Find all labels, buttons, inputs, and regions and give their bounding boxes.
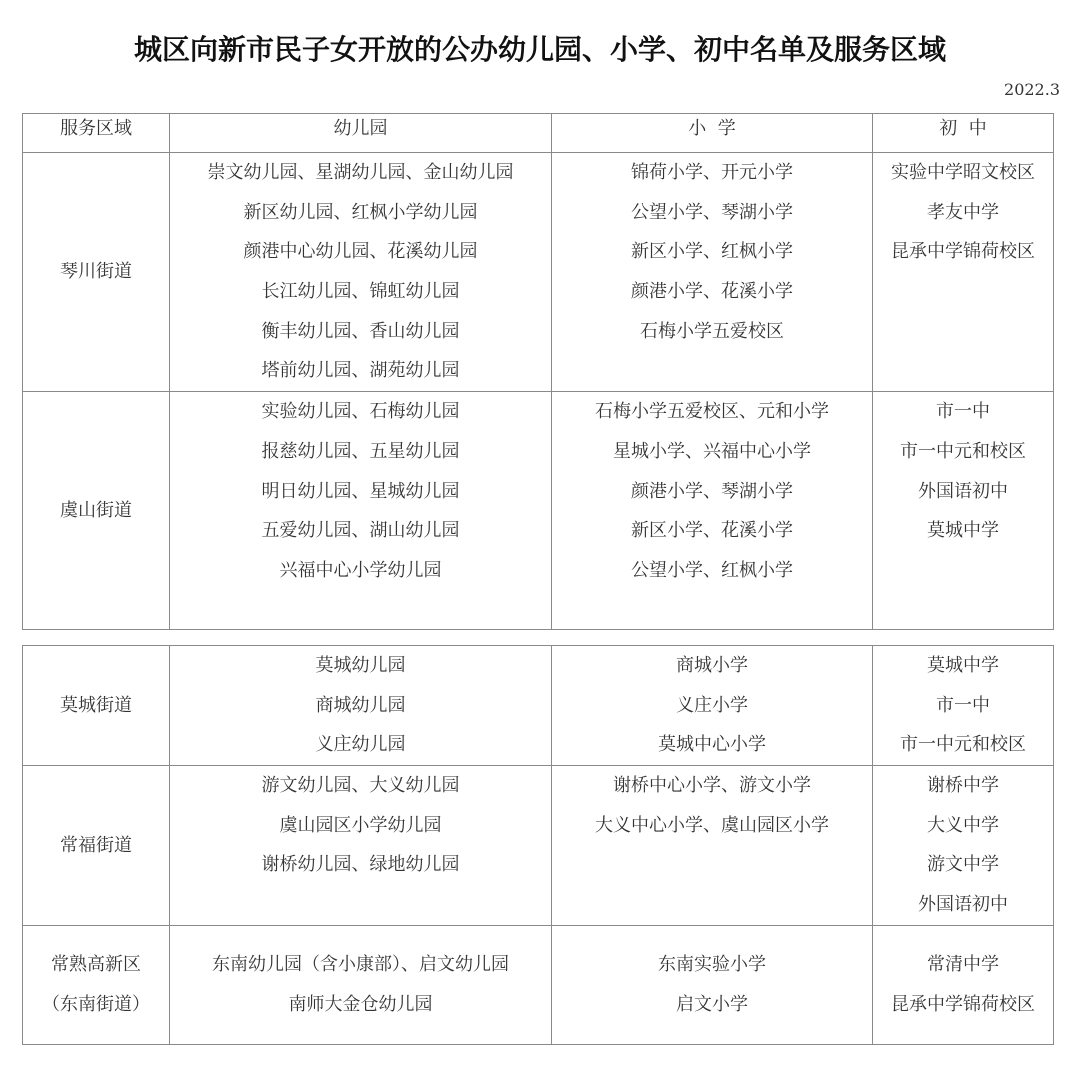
- school-name: 兴福中心小学幼儿园: [170, 551, 551, 591]
- school-name: 大义中心小学、虞山园区小学: [552, 806, 872, 846]
- service-area-cell: 虞山街道: [23, 392, 170, 630]
- region-name: 常熟高新区: [23, 945, 169, 985]
- region-name: 虞山街道: [23, 491, 169, 531]
- school-name: 实验中学昭文校区: [873, 153, 1053, 193]
- school-name: 颜港中心幼儿园、花溪幼儿园: [170, 232, 551, 272]
- school-name: 商城幼儿园: [170, 686, 551, 726]
- primary-school-cell: 商城小学义庄小学莫城中心小学: [552, 646, 873, 766]
- region-name: 常福街道: [23, 826, 169, 866]
- junior-high-cell: 谢桥中学大义中学游文中学外国语初中: [873, 766, 1054, 926]
- header-service-area: 服务区域: [23, 114, 170, 153]
- table-header-row: 服务区域 幼儿园 小 学 初 中: [23, 114, 1054, 153]
- header-kindergarten: 幼儿园: [170, 114, 552, 153]
- school-name: 塔前幼儿园、湖苑幼儿园: [170, 351, 551, 391]
- school-name: 莫城中学: [873, 646, 1053, 686]
- school-name: 启文小学: [552, 985, 872, 1025]
- school-name: 东南实验小学: [552, 945, 872, 985]
- kindergarten-cell: 实验幼儿园、石梅幼儿园报慈幼儿园、五星幼儿园明日幼儿园、星城幼儿园五爱幼儿园、湖…: [170, 392, 552, 630]
- junior-high-cell: 莫城中学市一中市一中元和校区: [873, 646, 1054, 766]
- school-name: 新区小学、红枫小学: [552, 232, 872, 272]
- school-name: 锦荷小学、开元小学: [552, 153, 872, 193]
- table-row: 常福街道游文幼儿园、大义幼儿园虞山园区小学幼儿园谢桥幼儿园、绿地幼儿园谢桥中心小…: [23, 766, 1054, 926]
- header-junior: 初 中: [873, 114, 1054, 153]
- school-name: 外国语初中: [873, 472, 1053, 512]
- school-name: 义庄小学: [552, 686, 872, 726]
- primary-school-cell: 石梅小学五爱校区、元和小学星城小学、兴福中心小学颜港小学、琴湖小学新区小学、花溪…: [552, 392, 873, 630]
- school-name: 市一中元和校区: [873, 725, 1053, 765]
- service-area-cell: 琴川街道: [23, 153, 170, 392]
- school-name: 公望小学、琴湖小学: [552, 193, 872, 233]
- school-name: 颜港小学、琴湖小学: [552, 472, 872, 512]
- table-row: 虞山街道实验幼儿园、石梅幼儿园报慈幼儿园、五星幼儿园明日幼儿园、星城幼儿园五爱幼…: [23, 392, 1054, 630]
- school-name: 衡丰幼儿园、香山幼儿园: [170, 312, 551, 352]
- table-row: 常熟高新区（东南街道）东南幼儿园（含小康部）、启文幼儿园南师大金仓幼儿园东南实验…: [23, 925, 1054, 1044]
- school-name: 市一中元和校区: [873, 432, 1053, 472]
- school-name: 颜港小学、花溪小学: [552, 272, 872, 312]
- school-name: 义庄幼儿园: [170, 725, 551, 765]
- table-row: 莫城街道莫城幼儿园商城幼儿园义庄幼儿园商城小学义庄小学莫城中心小学莫城中学市一中…: [23, 646, 1054, 766]
- school-name: 谢桥中学: [873, 766, 1053, 806]
- school-name: 南师大金仓幼儿园: [170, 985, 551, 1025]
- service-area-cell: 常福街道: [23, 766, 170, 926]
- school-name: 孝友中学: [873, 193, 1053, 233]
- school-name: 石梅小学五爱校区: [552, 312, 872, 352]
- school-name: 明日幼儿园、星城幼儿园: [170, 472, 551, 512]
- kindergarten-cell: 崇文幼儿园、星湖幼儿园、金山幼儿园新区幼儿园、红枫小学幼儿园颜港中心幼儿园、花溪…: [170, 153, 552, 392]
- school-name: 长江幼儿园、锦虹幼儿园: [170, 272, 551, 312]
- date-label: 2022.3: [1004, 80, 1060, 99]
- region-name: 莫城街道: [23, 686, 169, 726]
- school-name: 外国语初中: [873, 885, 1053, 925]
- school-name: 莫城中心小学: [552, 725, 872, 765]
- school-name: 市一中: [873, 392, 1053, 432]
- schools-table-part-2: 莫城街道莫城幼儿园商城幼儿园义庄幼儿园商城小学义庄小学莫城中心小学莫城中学市一中…: [22, 645, 1054, 1045]
- region-name: 琴川街道: [23, 252, 169, 292]
- table-row: 琴川街道崇文幼儿园、星湖幼儿园、金山幼儿园新区幼儿园、红枫小学幼儿园颜港中心幼儿…: [23, 153, 1054, 392]
- region-name: （东南街道）: [23, 985, 169, 1025]
- kindergarten-cell: 莫城幼儿园商城幼儿园义庄幼儿园: [170, 646, 552, 766]
- school-name: 市一中: [873, 686, 1053, 726]
- school-name: 莫城幼儿园: [170, 646, 551, 686]
- school-name: 昆承中学锦荷校区: [873, 985, 1053, 1025]
- school-name: 商城小学: [552, 646, 872, 686]
- schools-table-part-1: 服务区域 幼儿园 小 学 初 中 琴川街道崇文幼儿园、星湖幼儿园、金山幼儿园新区…: [22, 113, 1054, 630]
- page-title: 城区向新市民子女开放的公办幼儿园、小学、初中名单及服务区域: [0, 28, 1080, 68]
- school-name: 虞山园区小学幼儿园: [170, 806, 551, 846]
- school-name: 莫城中学: [873, 511, 1053, 551]
- service-area-cell: 常熟高新区（东南街道）: [23, 925, 170, 1044]
- school-name: 常清中学: [873, 945, 1053, 985]
- service-area-cell: 莫城街道: [23, 646, 170, 766]
- school-name: 报慈幼儿园、五星幼儿园: [170, 432, 551, 472]
- kindergarten-cell: 游文幼儿园、大义幼儿园虞山园区小学幼儿园谢桥幼儿园、绿地幼儿园: [170, 766, 552, 926]
- school-name: 昆承中学锦荷校区: [873, 232, 1053, 272]
- school-name: 五爱幼儿园、湖山幼儿园: [170, 511, 551, 551]
- school-name: 谢桥幼儿园、绿地幼儿园: [170, 845, 551, 885]
- school-name: 石梅小学五爱校区、元和小学: [552, 392, 872, 432]
- school-name: 新区幼儿园、红枫小学幼儿园: [170, 193, 551, 233]
- school-name: 公望小学、红枫小学: [552, 551, 872, 591]
- header-primary: 小 学: [552, 114, 873, 153]
- primary-school-cell: 东南实验小学启文小学: [552, 925, 873, 1044]
- school-name: 游文幼儿园、大义幼儿园: [170, 766, 551, 806]
- primary-school-cell: 谢桥中心小学、游文小学大义中心小学、虞山园区小学: [552, 766, 873, 926]
- primary-school-cell: 锦荷小学、开元小学公望小学、琴湖小学新区小学、红枫小学颜港小学、花溪小学石梅小学…: [552, 153, 873, 392]
- school-name: 星城小学、兴福中心小学: [552, 432, 872, 472]
- school-name: 实验幼儿园、石梅幼儿园: [170, 392, 551, 432]
- school-name: 谢桥中心小学、游文小学: [552, 766, 872, 806]
- junior-high-cell: 实验中学昭文校区孝友中学昆承中学锦荷校区: [873, 153, 1054, 392]
- school-name: 新区小学、花溪小学: [552, 511, 872, 551]
- junior-high-cell: 市一中市一中元和校区外国语初中莫城中学: [873, 392, 1054, 630]
- school-name: 游文中学: [873, 845, 1053, 885]
- school-name: 大义中学: [873, 806, 1053, 846]
- school-name: 东南幼儿园（含小康部）、启文幼儿园: [170, 945, 551, 985]
- school-name: 崇文幼儿园、星湖幼儿园、金山幼儿园: [170, 153, 551, 193]
- junior-high-cell: 常清中学昆承中学锦荷校区: [873, 925, 1054, 1044]
- kindergarten-cell: 东南幼儿园（含小康部）、启文幼儿园南师大金仓幼儿园: [170, 925, 552, 1044]
